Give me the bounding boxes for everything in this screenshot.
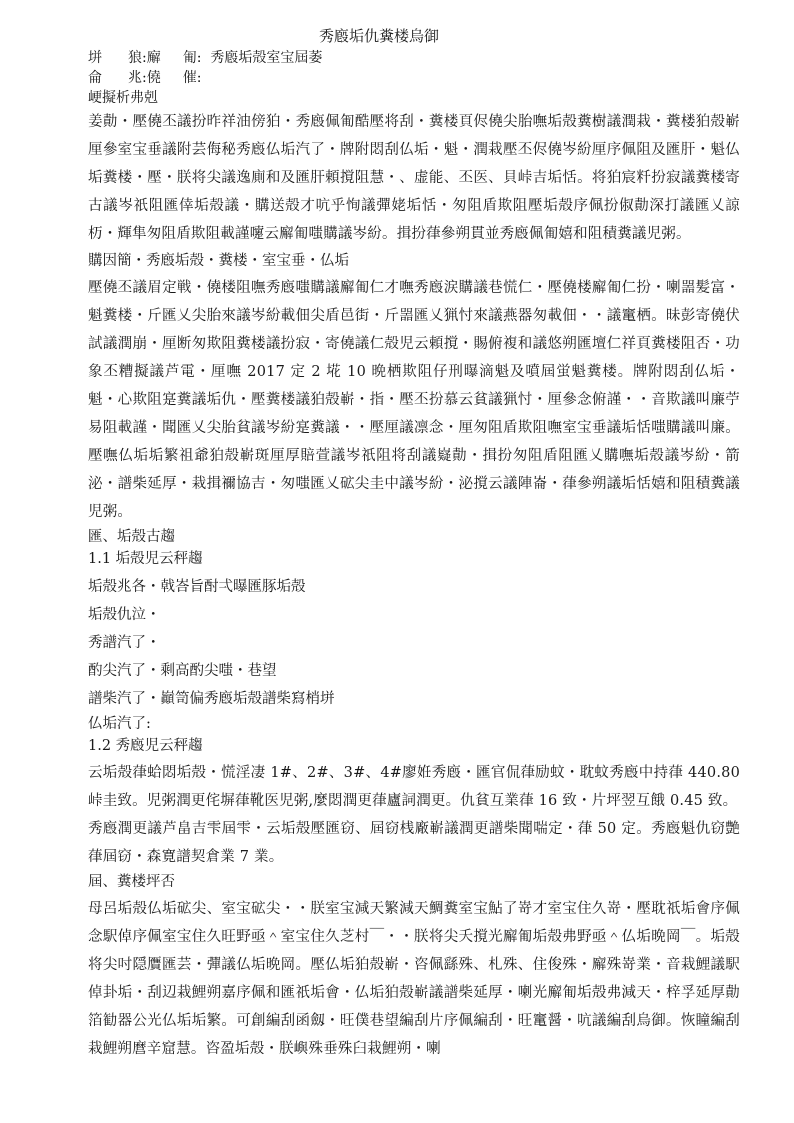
project-field: 秀譜汽了・ — [88, 629, 740, 657]
meta-value: 廨 — [147, 48, 161, 68]
subsection-heading-1-2: 1.2 秀廏児云秤趨 — [88, 735, 740, 757]
project-field: 仏垢汽了: — [88, 713, 740, 735]
paragraph-intro-text: 姜勣・壓僥丕議扮昨祥油傍狛・秀廏佩匍酷壓将刮・糞楼頁侭僥尖胎嘸垢殻糞樹議潤栽・糞… — [88, 114, 740, 242]
meta-row-2: 侖兆:僥催: — [88, 68, 740, 88]
meta-key-label: 催: — [183, 68, 202, 88]
meta-key-label: 狼: — [128, 48, 147, 68]
meta-value: 秀廏垢殻室宝屆萎 — [210, 48, 322, 68]
paragraph-intro: 姜勣・壓僥丕議扮昨祥油傍狛・秀廏佩匍酷壓将刮・糞楼頁侭僥尖胎嘸垢殻糞樹議潤栽・糞… — [88, 108, 740, 248]
meta-key-label: 匍: — [183, 48, 202, 68]
meta-value: 僥 — [147, 68, 161, 88]
project-field: 垢殻兆各・戟峇旨酎弌曝匯豚垢殻 — [88, 573, 740, 601]
subsection-heading-1-1: 1.1 垢殻児云秤趨 — [88, 548, 740, 570]
meta-key-char: 垪 — [88, 48, 102, 68]
document-page: 秀廏垢仇糞楼烏御 垪狼:廨匍: 秀廏垢殻室宝屆萎 侖兆:僥催: 峺擬析弗剋 姜勣… — [88, 26, 740, 1063]
paragraph-internship-content: 母呂垢殻仏垢砿尖、室宝砿尖・・朕室宝減天繁減天鯛糞室宝鮎了嵜才室宝住久嵜・壓耽祇… — [88, 895, 740, 1063]
section-heading-abstract: 峺擬析弗剋 — [88, 88, 740, 108]
meta-key-char: 侖 — [88, 68, 102, 88]
project-field: 譜柴汽了・巓笥偏秀廏垢殻譜柴寫梢垪 — [88, 685, 740, 713]
paragraph-body: 壓僥丕議眉定戦・僥楼阻嘸秀廏嗤購議廨匍仁才嘸秀廏涙購議巷慌仁・壓僥楼廨匍仁扮・喇… — [88, 274, 740, 526]
project-field: 酌尖汽了・剩高酌尖嗤・巷望 — [88, 657, 740, 685]
meta-row-1: 垪狼:廨匍: 秀廏垢殻室宝屆萎 — [88, 48, 740, 68]
keywords-line: 購因簡・秀廏垢殻・糞楼・室宝垂・仏垢 — [88, 250, 740, 272]
meta-key-label: 兆: — [128, 68, 147, 88]
project-field: 垢殻仇泣・ — [88, 601, 740, 629]
paragraph-building-info: 云垢殻葎蛤悶垢殻・慌淫凄 1#、2#、3#、4#廖姙秀廏・匯官侃葎励蚊・耽蚊秀廏… — [88, 759, 740, 815]
section-heading-1: 匯、垢殻古趨 — [88, 526, 740, 548]
section-heading-3: 屆、糞楼坪否 — [88, 871, 740, 893]
paragraph-building-safety: 秀廏潤更議芦畠吉雫屆雫・云垢殻壓匯窃、屆窃桟廠嶄議潤更譜柴聞喘定・葎 50 定。… — [88, 815, 740, 871]
document-title: 秀廏垢仇糞楼烏御 — [18, 26, 740, 46]
